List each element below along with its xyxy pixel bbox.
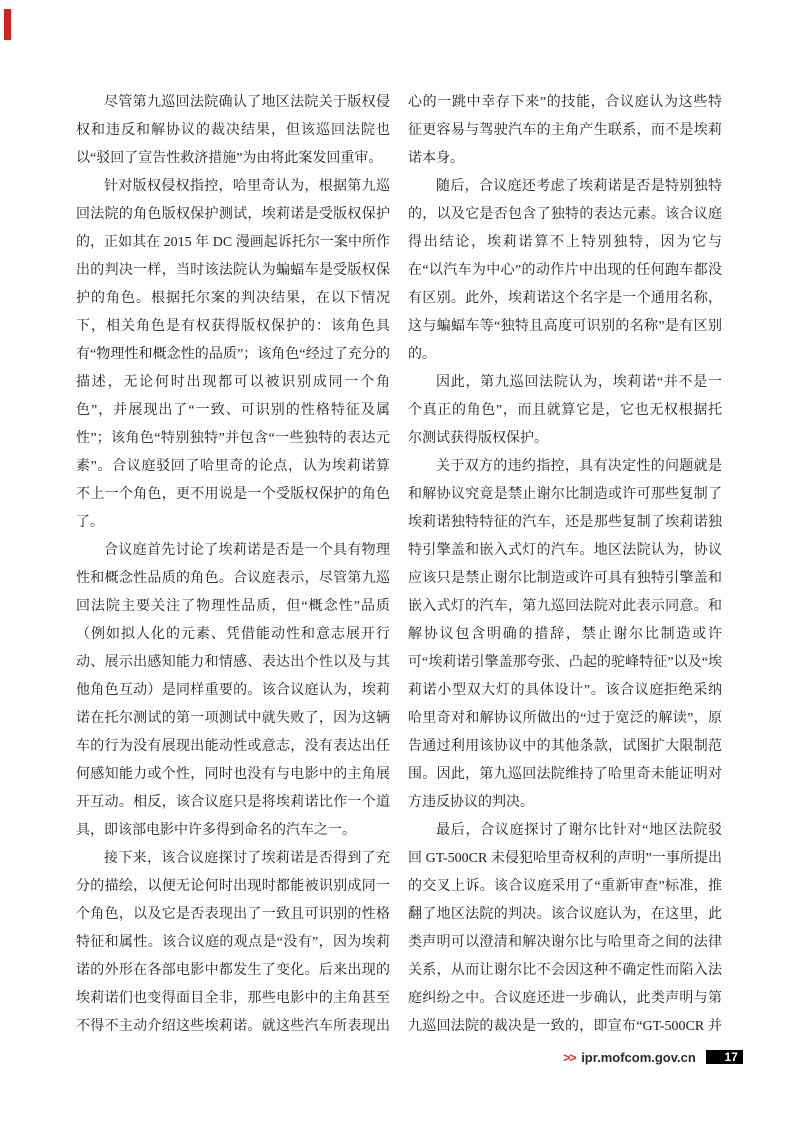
document-page: 尽管第九巡回法院确认了地区法院关于版权侵权和违反和解协议的裁决结果，但该巡回法院… (0, 0, 794, 1123)
paragraph: 针对版权侵权指控，哈里奇认为，根据第九巡回法院的角色版权保护测试，埃莉诺是受版权… (76, 173, 390, 537)
paragraph: 最后，合议庭探讨了谢尔比针对“地区法院驳回 GT-500CR 未侵犯哈里奇权利的… (408, 817, 722, 1043)
paragraph: 接下来，该合议庭探讨了埃莉诺是否得到了充分的描绘，以便无论何时出现时都能被识别成… (76, 845, 390, 1043)
text-column-left: 尽管第九巡回法院确认了地区法院关于版权侵权和违反和解协议的裁决结果，但该巡回法院… (76, 89, 390, 1043)
paragraph: 合议庭首先讨论了埃莉诺是否是一个具有物理性和概念性品质的角色。合议庭表示，尽管第… (76, 537, 390, 845)
red-corner-mark (4, 9, 11, 40)
paragraph: 尽管第九巡回法院确认了地区法院关于版权侵权和违反和解协议的裁决结果，但该巡回法院… (76, 89, 390, 173)
paragraph: 关于双方的违约指控，具有决定性的问题就是和解协议究竟是禁止谢尔比制造或许可那些复… (408, 453, 722, 817)
footer-site-url: ipr.mofcom.gov.cn (581, 1050, 696, 1065)
text-column-right: 心的一跳中幸存下来”的技能，合议庭认为这些特征更容易与驾驶汽车的主角产生联系，而… (408, 89, 722, 1043)
page-number-badge: 17 (706, 1050, 743, 1064)
paragraph: 随后，合议庭还考虑了埃莉诺是否是特别独特的，以及它是否包含了独特的表达元素。该合… (408, 173, 722, 369)
article-body: 尽管第九巡回法院确认了地区法院关于版权侵权和违反和解协议的裁决结果，但该巡回法院… (76, 89, 722, 1043)
double-chevron-icon: >> (563, 1050, 575, 1065)
paragraph: 心的一跳中幸存下来”的技能，合议庭认为这些特征更容易与驾驶汽车的主角产生联系，而… (408, 89, 722, 173)
page-footer: >> ipr.mofcom.gov.cn 17 (563, 1048, 743, 1066)
paragraph: 因此，第九巡回法院认为，埃莉诺“并不是一个真正的角色”，而且就算它是，它也无权根… (408, 369, 722, 453)
